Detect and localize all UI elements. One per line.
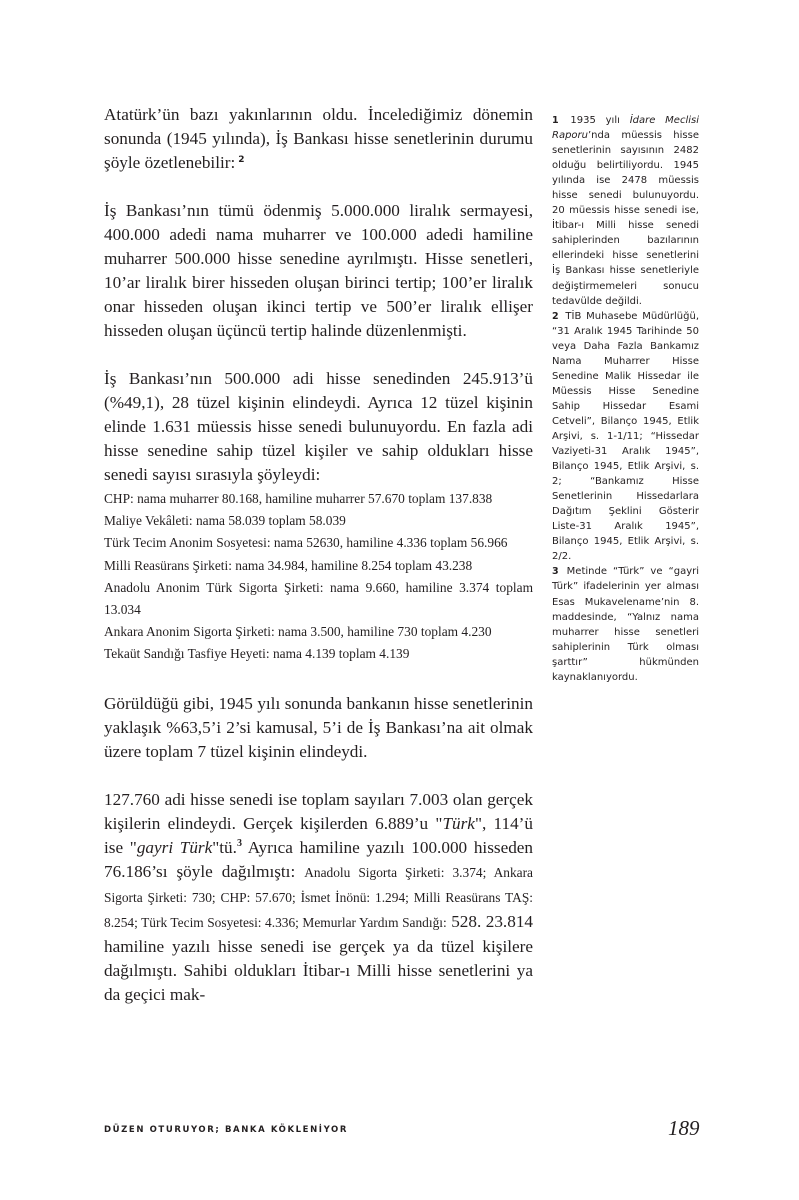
paragraph-1-text: Atatürk’ün bazı yakınlarının oldu. İncel… (104, 105, 533, 172)
page-number: 189 (668, 1116, 698, 1141)
footnotes-column: 1 1935 yılı İdare Meclisi Raporu’nda müe… (552, 113, 699, 685)
book-page: Atatürk’ün bazı yakınlarının oldu. İncel… (0, 0, 799, 1200)
p5-text-c: "tü. (212, 838, 237, 857)
shareholder-list: CHP: nama muharrer 80.168, hamiline muha… (104, 488, 533, 666)
shareholder-item: Tekaüt Sandığı Tasfiye Heyeti: nama 4.13… (104, 643, 533, 665)
footnote-2: 2 TİB Muhasebe Müdürlüğü, “31 Aralık 194… (552, 309, 699, 565)
footnote-1-post: ’nda müessis hisse senetlerinin sayısını… (552, 130, 699, 307)
shareholder-item: Maliye Vekâleti: nama 58.039 toplam 58.0… (104, 510, 533, 532)
paragraph-1: Atatürk’ün bazı yakınlarının oldu. İncel… (104, 103, 533, 175)
shareholder-item: Ankara Anonim Sigorta Şirketi: nama 3.50… (104, 621, 533, 643)
footnote-ref-2[interactable]: 2 (238, 155, 244, 165)
paragraph-3: İş Bankası’nın 500.000 adi hisse senedin… (104, 367, 533, 487)
footnote-1-pre: 1935 yılı (561, 115, 630, 126)
shareholder-item: Milli Reasürans Şirketi: nama 34.984, ha… (104, 555, 533, 577)
paragraph-4: Görüldüğü gibi, 1945 yılı sonunda bankan… (104, 692, 533, 764)
main-text-column: Atatürk’ün bazı yakınlarının oldu. İncel… (104, 103, 533, 1007)
footnote-2-text: TİB Muhasebe Müdürlüğü, “31 Aralık 1945 … (552, 311, 699, 563)
footnote-number: 2 (552, 311, 559, 322)
shareholder-item: Anadolu Anonim Türk Sigorta Şirketi: nam… (104, 577, 533, 621)
paragraph-2: İş Bankası’nın tümü ödenmiş 5.000.000 li… (104, 199, 533, 343)
p5-italic-turk: Türk (442, 814, 474, 833)
p5-italic-gayri-turk: gayri Türk (137, 838, 212, 857)
footnote-1: 1 1935 yılı İdare Meclisi Raporu’nda müe… (552, 113, 699, 309)
paragraph-5: 127.760 adi hisse senedi ise toplam sayı… (104, 788, 533, 1007)
footnote-number: 1 (552, 115, 559, 126)
shareholder-item: Türk Tecim Anonim Sosyetesi: nama 52630,… (104, 532, 533, 554)
footnote-3-text: Metinde “Türk” ve “gayri Türk” ifadeleri… (552, 566, 699, 682)
footnote-number: 3 (552, 566, 559, 577)
running-title: DÜZEN OTURUYOR; BANKA KÖKLENİYOR (104, 1125, 348, 1135)
footnote-3: 3 Metinde “Türk” ve “gayri Türk” ifadele… (552, 564, 699, 684)
shareholder-item: CHP: nama muharrer 80.168, hamiline muha… (104, 488, 533, 510)
